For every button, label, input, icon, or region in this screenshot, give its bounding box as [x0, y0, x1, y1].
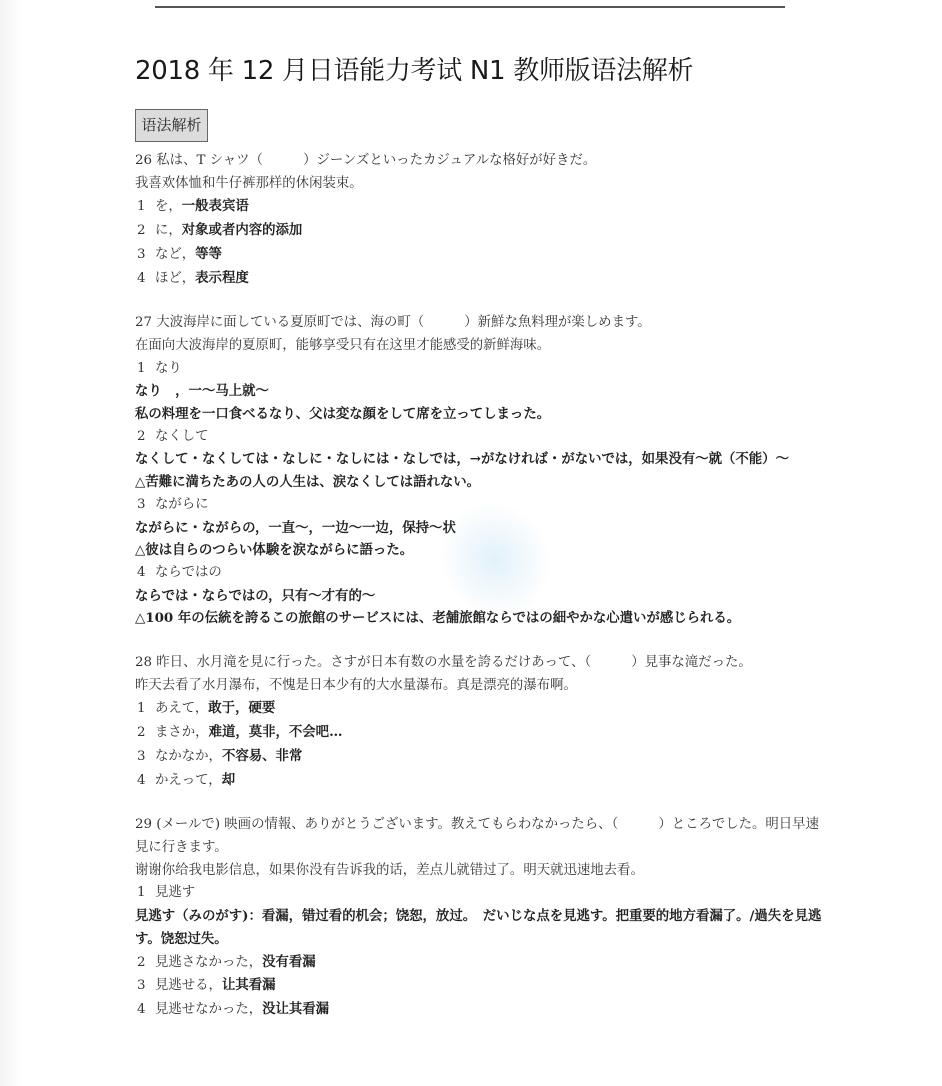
- option-number: 4: [137, 999, 155, 1022]
- question-29: 29 (メールで) 映画の情報、ありがとうございます。教えてもらわなかったら、（…: [135, 814, 825, 1021]
- question-translation: 我喜欢体恤和牛仔裤那样的休闲装束。: [135, 173, 825, 196]
- option-text: なくして: [155, 429, 209, 444]
- option-text: なかなか，不容易、非常: [155, 749, 302, 764]
- option-number: 1: [137, 882, 155, 905]
- explanation-line: ながらに・ながらの，一直～，一边～一边，保持～状: [135, 517, 825, 540]
- answer-option-4: 4かえって，却: [135, 769, 825, 793]
- option-text: など，等等: [155, 247, 222, 262]
- question-27: 27 大波海岸に面している夏原町では、海の町（ ）新鮮な魚料理が楽しめます。在面…: [135, 312, 825, 630]
- answer-option-1: 1を，一般表宾语: [135, 195, 825, 219]
- option-number: 3: [137, 975, 155, 998]
- explanation-line: ならでは・ならではの，只有～才有的～: [135, 585, 825, 608]
- answer-option-2: 2見逃さなかった，没有看漏: [135, 951, 825, 975]
- option-number: 4: [137, 770, 155, 793]
- question-stem: 28 昨日、水月滝を見に行った。さすが日本有数の水量を誇るだけあって、（ ）見事…: [135, 652, 825, 675]
- answer-option-4: 4ほど，表示程度: [135, 267, 825, 291]
- question-stem: 26 私は、T シャツ（ ）ジーンズといったカジュアルな格好が好きだ。: [135, 150, 825, 173]
- question-translation: 在面向大波海岸的夏原町，能够享受只有在这里才能感受的新鲜海味。: [135, 335, 825, 358]
- answer-option-3: 3見逃せる，让其看漏: [135, 974, 825, 998]
- answer-option-3: 3など，等等: [135, 243, 825, 267]
- question-translation: 昨天去看了水月瀑布，不愧是日本少有的大水量瀑布。真是漂亮的瀑布啊。: [135, 675, 825, 698]
- option-number: 2: [137, 220, 155, 243]
- explanation-line: 見逃す（みのがす)：看漏，错过看的机会；饶恕，放过。 だいじな点を見逃す。把重要…: [135, 905, 825, 950]
- explanation-line: △100 年の伝統を誇るこの旅館のサービスには、老舗旅館ならではの細やかな心遣い…: [135, 607, 825, 630]
- option-number: 4: [137, 268, 155, 291]
- explanation-line: 私の料理を一口食べるなり、父は変な顔をして席を立ってしまった。: [135, 403, 825, 426]
- option-text: 見逃せなかった，没让其看漏: [155, 1002, 329, 1017]
- option-text: 見逃せる，让其看漏: [155, 978, 276, 993]
- question-28: 28 昨日、水月滝を見に行った。さすが日本有数の水量を誇るだけあって、（ ）見事…: [135, 652, 825, 792]
- answer-option-1: 1見逃す: [135, 882, 825, 905]
- question-stem: 29 (メールで) 映画の情報、ありがとうございます。教えてもらわなかったら、（…: [135, 814, 825, 859]
- option-text: 見逃す: [155, 885, 195, 900]
- explanation-line: なくして・なくしては・なしに・なしには・なしでは，→がなければ・がないでは，如果…: [135, 448, 825, 471]
- page-title: 2018 年 12 月日语能力考试 N1 教师版语法解析: [135, 50, 693, 87]
- option-number: 2: [137, 426, 155, 449]
- explanation-line: △苦難に満ちたあの人の人生は、涙なくしては語れない。: [135, 471, 825, 494]
- option-number: 3: [137, 244, 155, 267]
- option-text: に，对象或者内容的添加: [155, 223, 302, 238]
- answer-option-3: 3ながらに: [135, 494, 825, 517]
- option-number: 1: [137, 358, 155, 381]
- answer-option-4: 4見逃せなかった，没让其看漏: [135, 998, 825, 1022]
- answer-option-1: 1あえて，敢于，硬要: [135, 697, 825, 721]
- option-text: あえて，敢于，硬要: [155, 701, 275, 716]
- top-divider: [155, 6, 785, 8]
- option-number: 1: [137, 196, 155, 219]
- option-text: ながらに: [155, 497, 209, 512]
- option-number: 2: [137, 952, 155, 975]
- option-text: なり: [155, 361, 182, 376]
- answer-option-2: 2なくして: [135, 426, 825, 449]
- option-number: 2: [137, 722, 155, 745]
- section-tag-grammar-analysis: 语法解析: [135, 109, 208, 142]
- answer-option-2: 2に，对象或者内容的添加: [135, 219, 825, 243]
- option-text: かえって，却: [155, 773, 235, 788]
- option-number: 1: [137, 698, 155, 721]
- answer-option-4: 4ならではの: [135, 562, 825, 585]
- answer-option-3: 3なかなか，不容易、非常: [135, 745, 825, 769]
- question-stem: 27 大波海岸に面している夏原町では、海の町（ ）新鮮な魚料理が楽しめます。: [135, 312, 825, 335]
- option-text: を，一般表宾语: [155, 199, 249, 214]
- answer-option-2: 2まさか，难道，莫非，不会吧…: [135, 721, 825, 745]
- option-number: 3: [137, 746, 155, 769]
- option-text: 見逃さなかった，没有看漏: [155, 955, 316, 970]
- option-text: ならではの: [155, 565, 222, 580]
- page-left-edge: [0, 0, 22, 1086]
- option-number: 3: [137, 494, 155, 517]
- explanation-line: なり ，一～马上就～: [135, 380, 825, 403]
- option-text: ほど，表示程度: [155, 271, 249, 286]
- question-26: 26 私は、T シャツ（ ）ジーンズといったカジュアルな格好が好きだ。我喜欢体恤…: [135, 150, 825, 290]
- explanation-line: △彼は自らのつらい体験を涙ながらに語った。: [135, 539, 825, 562]
- answer-option-1: 1なり: [135, 358, 825, 381]
- option-number: 4: [137, 562, 155, 585]
- question-translation: 谢谢你给我电影信息，如果你没有告诉我的话，差点儿就错过了。明天就迅速地去看。: [135, 860, 825, 883]
- option-text: まさか，难道，莫非，不会吧…: [155, 725, 342, 740]
- document-body: 26 私は、T シャツ（ ）ジーンズといったカジュアルな格好が好きだ。我喜欢体恤…: [135, 150, 825, 1044]
